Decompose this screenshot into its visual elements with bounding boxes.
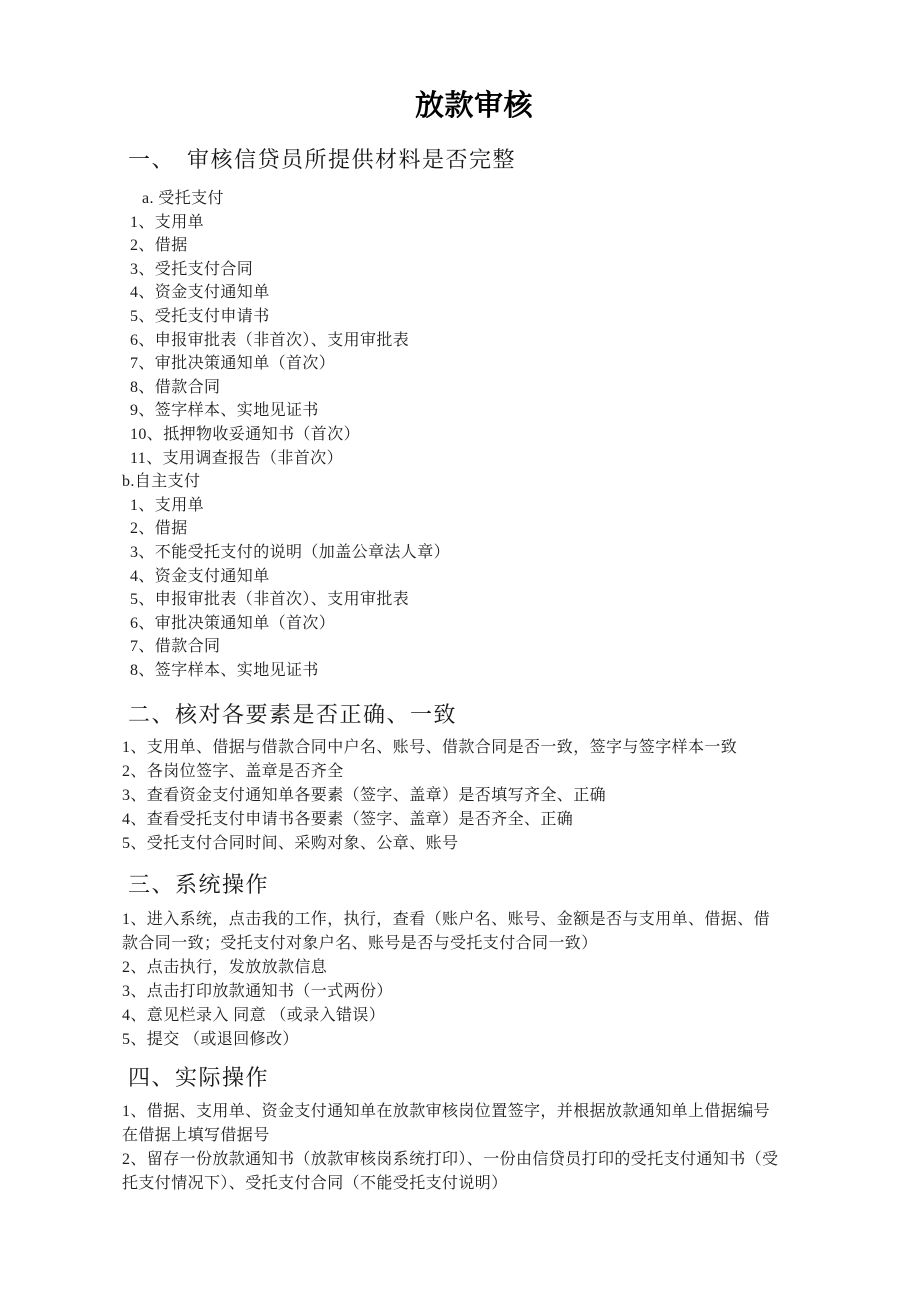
section-heading: 二、核对各要素是否正确、一致 bbox=[122, 700, 784, 730]
list-item: 8、签字样本、实地见证书 bbox=[122, 659, 784, 683]
list-item: 8、借款合同 bbox=[122, 376, 784, 400]
section-heading: 四、实际操作 bbox=[122, 1063, 784, 1093]
section-number: 二、 bbox=[128, 700, 175, 730]
section-system-operation: 三、系统操作 1、进入系统，点击我的工作，执行，查看（账户名、账号、金额是否与支… bbox=[122, 870, 784, 1052]
list-item: 2、留存一份放款通知书（放款审核岗系统打印）、一份由信贷员打印的受托支付通知书（… bbox=[122, 1148, 784, 1196]
section-item-list: 1、支用单、借据与借款合同中户名、账号、借款合同是否一致，签字与签字样本一致2、… bbox=[122, 736, 784, 856]
section-item-list: a. 受托支付1、支用单2、借据3、受托支付合同4、资金支付通知单5、受托支付申… bbox=[122, 187, 784, 682]
section-heading: 一、审核信贷员所提供材料是否完整 bbox=[122, 145, 784, 175]
list-item: 3、不能受托支付的说明（加盖公章法人章） bbox=[122, 541, 784, 565]
list-item: 3、查看资金支付通知单各要素（签字、盖章）是否填写齐全、正确 bbox=[122, 784, 784, 808]
section-actual-operation: 四、实际操作 1、借据、支用单、资金支付通知单在放款审核岗位置签字，并根据放款通… bbox=[122, 1063, 784, 1196]
list-item: 10、抵押物收妥通知书（首次） bbox=[122, 423, 784, 447]
section-item-list: 1、进入系统，点击我的工作，执行，查看（账户名、账号、金额是否与支用单、借据、借… bbox=[122, 908, 784, 1052]
section-title: 系统操作 bbox=[175, 872, 269, 897]
list-item: 3、受托支付合同 bbox=[122, 258, 784, 282]
section-title: 核对各要素是否正确、一致 bbox=[175, 702, 457, 727]
list-item: 1、进入系统，点击我的工作，执行，查看（账户名、账号、金额是否与支用单、借据、借… bbox=[122, 908, 784, 956]
list-item: 4、查看受托支付申请书各要素（签字、盖章）是否齐全、正确 bbox=[122, 808, 784, 832]
document-page: 放款审核 一、审核信贷员所提供材料是否完整 a. 受托支付1、支用单2、借据3、… bbox=[0, 0, 920, 1302]
list-item: 7、借款合同 bbox=[122, 635, 784, 659]
list-item: 9、签字样本、实地见证书 bbox=[122, 399, 784, 423]
document-title: 放款审核 bbox=[0, 85, 920, 125]
section-elements-verify: 二、核对各要素是否正确、一致 1、支用单、借据与借款合同中户名、账号、借款合同是… bbox=[122, 700, 784, 856]
section-heading: 三、系统操作 bbox=[122, 870, 784, 900]
section-title: 实际操作 bbox=[175, 1065, 269, 1090]
list-item: 4、意见栏录入 同意 （或录入错误） bbox=[122, 1004, 784, 1028]
list-item: 6、审批决策通知单（首次） bbox=[122, 612, 784, 636]
list-item: 1、支用单 bbox=[122, 494, 784, 518]
list-item: 2、借据 bbox=[122, 234, 784, 258]
section-number: 一、 bbox=[128, 145, 175, 175]
list-item: b.自主支付 bbox=[122, 470, 784, 494]
document-body: 一、审核信贷员所提供材料是否完整 a. 受托支付1、支用单2、借据3、受托支付合… bbox=[0, 145, 920, 1196]
list-item: 2、各岗位签字、盖章是否齐全 bbox=[122, 760, 784, 784]
list-item: 4、资金支付通知单 bbox=[122, 565, 784, 589]
list-item: 4、资金支付通知单 bbox=[122, 281, 784, 305]
list-item: 1、支用单 bbox=[122, 211, 784, 235]
list-item: 5、提交 （或退回修改） bbox=[122, 1028, 784, 1052]
list-item: a. 受托支付 bbox=[122, 187, 784, 211]
list-item: 2、借据 bbox=[122, 517, 784, 541]
section-number: 三、 bbox=[128, 870, 175, 900]
list-item: 5、申报审批表（非首次）、支用审批表 bbox=[122, 588, 784, 612]
section-number: 四、 bbox=[128, 1063, 175, 1093]
list-item: 11、支用调查报告（非首次） bbox=[122, 447, 784, 471]
list-item: 1、支用单、借据与借款合同中户名、账号、借款合同是否一致，签字与签字样本一致 bbox=[122, 736, 784, 760]
section-item-list: 1、借据、支用单、资金支付通知单在放款审核岗位置签字，并根据放款通知单上借据编号… bbox=[122, 1100, 784, 1196]
list-item: 6、申报审批表（非首次）、支用审批表 bbox=[122, 329, 784, 353]
list-item: 7、审批决策通知单（首次） bbox=[122, 352, 784, 376]
section-title: 审核信贷员所提供材料是否完整 bbox=[187, 147, 516, 172]
list-item: 2、点击执行，发放放款信息 bbox=[122, 956, 784, 980]
list-item: 1、借据、支用单、资金支付通知单在放款审核岗位置签字，并根据放款通知单上借据编号… bbox=[122, 1100, 784, 1148]
list-item: 5、受托支付合同时间、采购对象、公章、账号 bbox=[122, 832, 784, 856]
section-materials-check: 一、审核信贷员所提供材料是否完整 a. 受托支付1、支用单2、借据3、受托支付合… bbox=[122, 145, 784, 682]
list-item: 3、点击打印放款通知书（一式两份） bbox=[122, 980, 784, 1004]
list-item: 5、受托支付申请书 bbox=[122, 305, 784, 329]
